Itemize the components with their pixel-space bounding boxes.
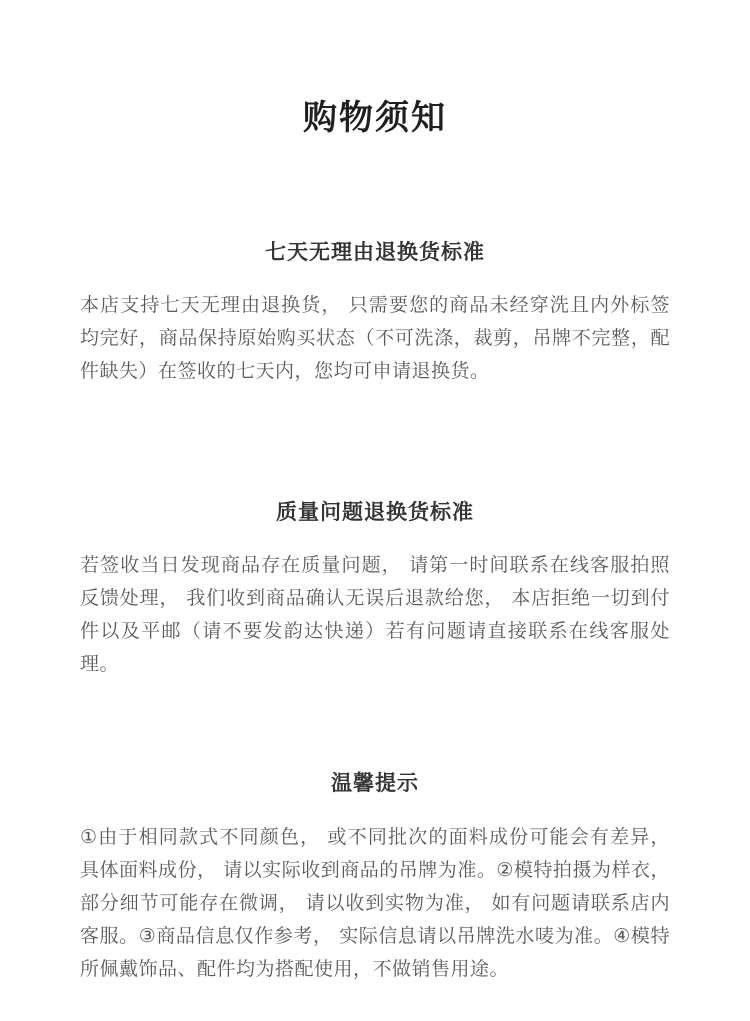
- shopping-notice-page: 购物须知 七天无理由退换货标准 本店支持七天无理由退换货， 只需要您的商品未经穿…: [0, 0, 750, 1021]
- section-quality-issue-return: 质量问题退换货标准 若签收当日发现商品存在质量问题， 请第一时间联系在线客服拍照…: [0, 500, 750, 681]
- page-title: 购物须知: [0, 0, 750, 138]
- section-body-warm-tips: ①由于相同款式不同颜色， 或不同批次的面料成份可能会有差异， 具体面料成份， 请…: [80, 821, 670, 986]
- section-heading-warm-tips: 温馨提示: [0, 771, 750, 796]
- section-warm-tips: 温馨提示 ①由于相同款式不同颜色， 或不同批次的面料成份可能会有差异， 具体面料…: [0, 771, 750, 985]
- section-body-quality-issue-return: 若签收当日发现商品存在质量问题， 请第一时间联系在线客服拍照反馈处理， 我们收到…: [80, 549, 670, 681]
- section-body-seven-day-return: 本店支持七天无理由退换货， 只需要您的商品未经穿洗且内外标签均完好，商品保持原始…: [80, 289, 670, 388]
- section-heading-seven-day-return: 七天无理由退换货标准: [0, 240, 750, 265]
- section-heading-quality-issue-return: 质量问题退换货标准: [0, 500, 750, 525]
- section-seven-day-return: 七天无理由退换货标准 本店支持七天无理由退换货， 只需要您的商品未经穿洗且内外标…: [0, 240, 750, 388]
